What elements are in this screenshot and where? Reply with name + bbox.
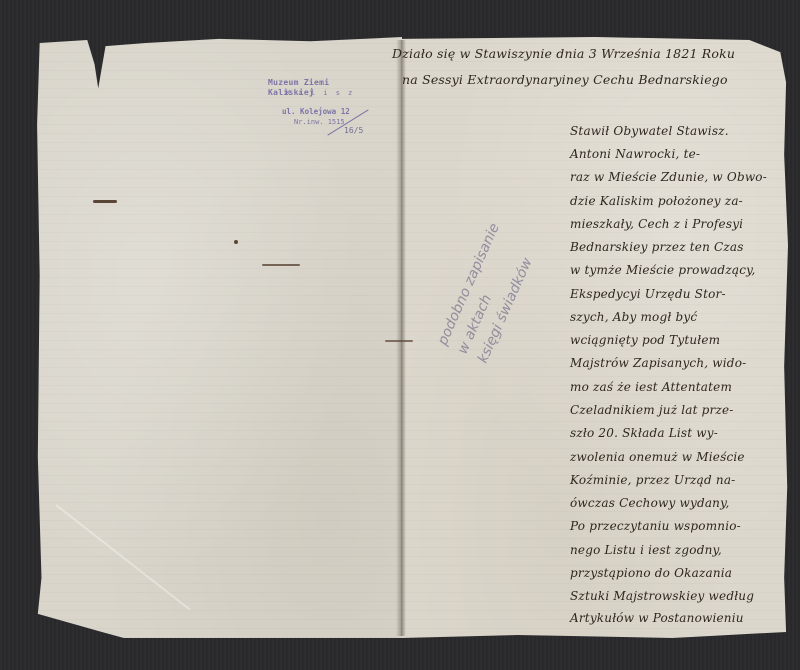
- ink-mark: [262, 264, 300, 266]
- body-line: zwolenia onemuż w Mieście: [570, 450, 745, 464]
- body-line: nego Listu i iest zgodny,: [570, 543, 722, 557]
- body-line: mieszkały, Cech z i Profesyi: [570, 217, 743, 231]
- body-line: Majstrów Zapisanych, wido-: [570, 356, 746, 370]
- body-line: dzie Kaliskim położoney za-: [570, 194, 743, 208]
- body-line: Po przeczytaniu wspomnio-: [570, 519, 741, 533]
- stamp-inventory-number: Nr.inw. 1515: [294, 117, 345, 127]
- body-line: wciągnięty pod Tytułem: [570, 333, 720, 347]
- header-line-1: Działo się w Stawiszynie dnia 3 Września…: [392, 46, 735, 61]
- stamp-city: K a l i s z: [286, 88, 354, 98]
- body-line: Koźminie, przez Urząd na-: [570, 473, 735, 487]
- stamp-folio-number: 16/5: [344, 126, 363, 136]
- body-line: szło 20. Składa List wy-: [570, 426, 718, 440]
- museum-stamp: Muzeum Ziemi Kaliskiej K a l i s z ul. K…: [262, 60, 372, 120]
- body-line: raz w Mieście Zdunie, w Obwo-: [570, 170, 767, 184]
- body-line: ówczas Cechowy wydany,: [570, 496, 730, 510]
- body-line: Sztuki Majstrowskiey według: [570, 589, 754, 603]
- body-line: Stawił Obywatel Stawisz.: [570, 124, 729, 138]
- header-text-1: Działo się w Stawiszynie dnia 3 Września…: [392, 46, 735, 61]
- body-line: Bednarskiey przez ten Czas: [570, 240, 744, 254]
- body-line: szych, Aby mogł być: [570, 310, 697, 324]
- ink-mark: [93, 200, 117, 203]
- ink-mark: [385, 340, 413, 342]
- header-text-2: na Sessyi Extraordynaryiney Cechu Bednar…: [402, 72, 728, 87]
- ink-mark: [234, 240, 238, 244]
- stamp-address: ul. Kolejowa 12: [282, 107, 350, 117]
- body-line: Artykułów w Postanowieniu: [570, 611, 744, 625]
- body-line: Antoni Nawrocki, te-: [570, 147, 700, 161]
- body-line: przystąpiono do Okazania: [570, 566, 732, 580]
- body-line: mo zaś że iest Attentatem: [570, 380, 732, 394]
- header-line-2: na Sessyi Extraordynaryiney Cechu Bednar…: [402, 72, 728, 87]
- left-page: [36, 34, 402, 638]
- body-line: w tymże Mieście prowadzący,: [570, 263, 756, 277]
- center-fold: [396, 40, 406, 636]
- body-line: Ekspedycyi Urzędu Stor-: [570, 287, 726, 301]
- body-line: Czeladnikiem już lat prze-: [570, 403, 734, 417]
